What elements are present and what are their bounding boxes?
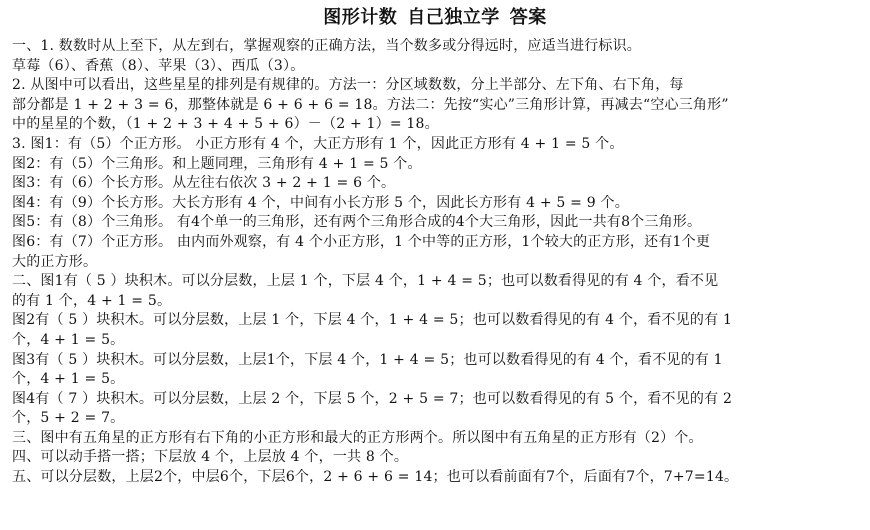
text-line: 草莓（6）、香蕉（8）、苹果（3）、西瓜（3）。 [12,57,858,77]
text-line: 图4有（ 7 ）块积木。可以分层数，上层 2 个，下层 5 个，2 + 5 = … [12,390,858,410]
text-line: 五、可以分层数，上层2个，中层6个，下层6个，2 + 6 + 6 = 14；也可… [12,468,858,488]
text-line: 图3：有（6）个长方形。从左往右依次 3 + 2 + 1 = 6 个。 [12,174,858,194]
text-line: 个，5 + 2 = 7。 [12,409,858,429]
text-line: 图6：有（7）个正方形。 由内而外观察，有 4 个小正方形，1 个中等的正方形，… [12,233,858,253]
text-line: 二、图1有（ 5 ）块积木。可以分层数，上层 1 个，下层 4 个，1 + 4 … [12,272,858,292]
text-line: 2. 从图中可以看出，这些星星的排列是有规律的。方法一：分区域数数，分上半部分、… [12,76,858,96]
text-line: 图2有（ 5 ）块积木。可以分层数，上层 1 个，下层 4 个，1 + 4 = … [12,311,858,331]
text-line: 3. 图1：有（5）个正方形。 小正方形有 4 个，大正方形有 1 个，因此正方… [12,135,858,155]
answer-document: 图形计数自己独立学答案 一、1. 数数时从上至下，从左到右，掌握观察的正确方法，… [0,0,870,530]
text-line: 的有 1 个，4 + 1 = 5。 [12,292,858,312]
text-line: 个，4 + 1 = 5。 [12,331,858,351]
text-line: 一、1. 数数时从上至下，从左到右，掌握观察的正确方法，当个数多或分得远时，应适… [12,37,858,57]
text-line: 部分都是 1 + 2 + 3 = 6，那整体就是 6 + 6 + 6 = 18。… [12,96,858,116]
document-title: 图形计数自己独立学答案 [0,6,870,30]
text-line: 图5：有（8）个三角形。 有4个单一的三角形，还有两个三角形合成的4个大三角形，… [12,213,858,233]
text-line: 四、可以动手搭一搭；下层放 4 个，上层放 4 个，一共 8 个。 [12,448,858,468]
text-line: 大的正方形。 [12,253,858,273]
text-line: 个，4 + 1 = 5。 [12,370,858,390]
text-line: 图4：有（9）个长方形。大长方形有 4 个，中间有小长方形 5 个，因此长方形有… [12,194,858,214]
text-line: 图3有（ 5 ）块积木。可以分层数，上层1个，下层 4 个，1 + 4 = 5；… [12,351,858,371]
text-line: 图2：有（5）个三角形。和上题同理，三角形有 4 + 1 = 5 个。 [12,155,858,175]
title-part-answers: 答案 [510,7,547,28]
answer-body: 一、1. 数数时从上至下，从左到右，掌握观察的正确方法，当个数多或分得远时，应适… [12,37,858,488]
text-line: 三、图中有五角星的正方形有右下角的小正方形和最大的正方形两个。所以图中有五角星的… [12,429,858,449]
text-line: 中的星星的个数，（1 + 2 + 3 + 4 + 5 + 6）－（2 + 1）=… [12,115,858,135]
title-part-topic: 图形计数 [323,7,397,28]
title-part-section: 自己独立学 [407,7,500,28]
